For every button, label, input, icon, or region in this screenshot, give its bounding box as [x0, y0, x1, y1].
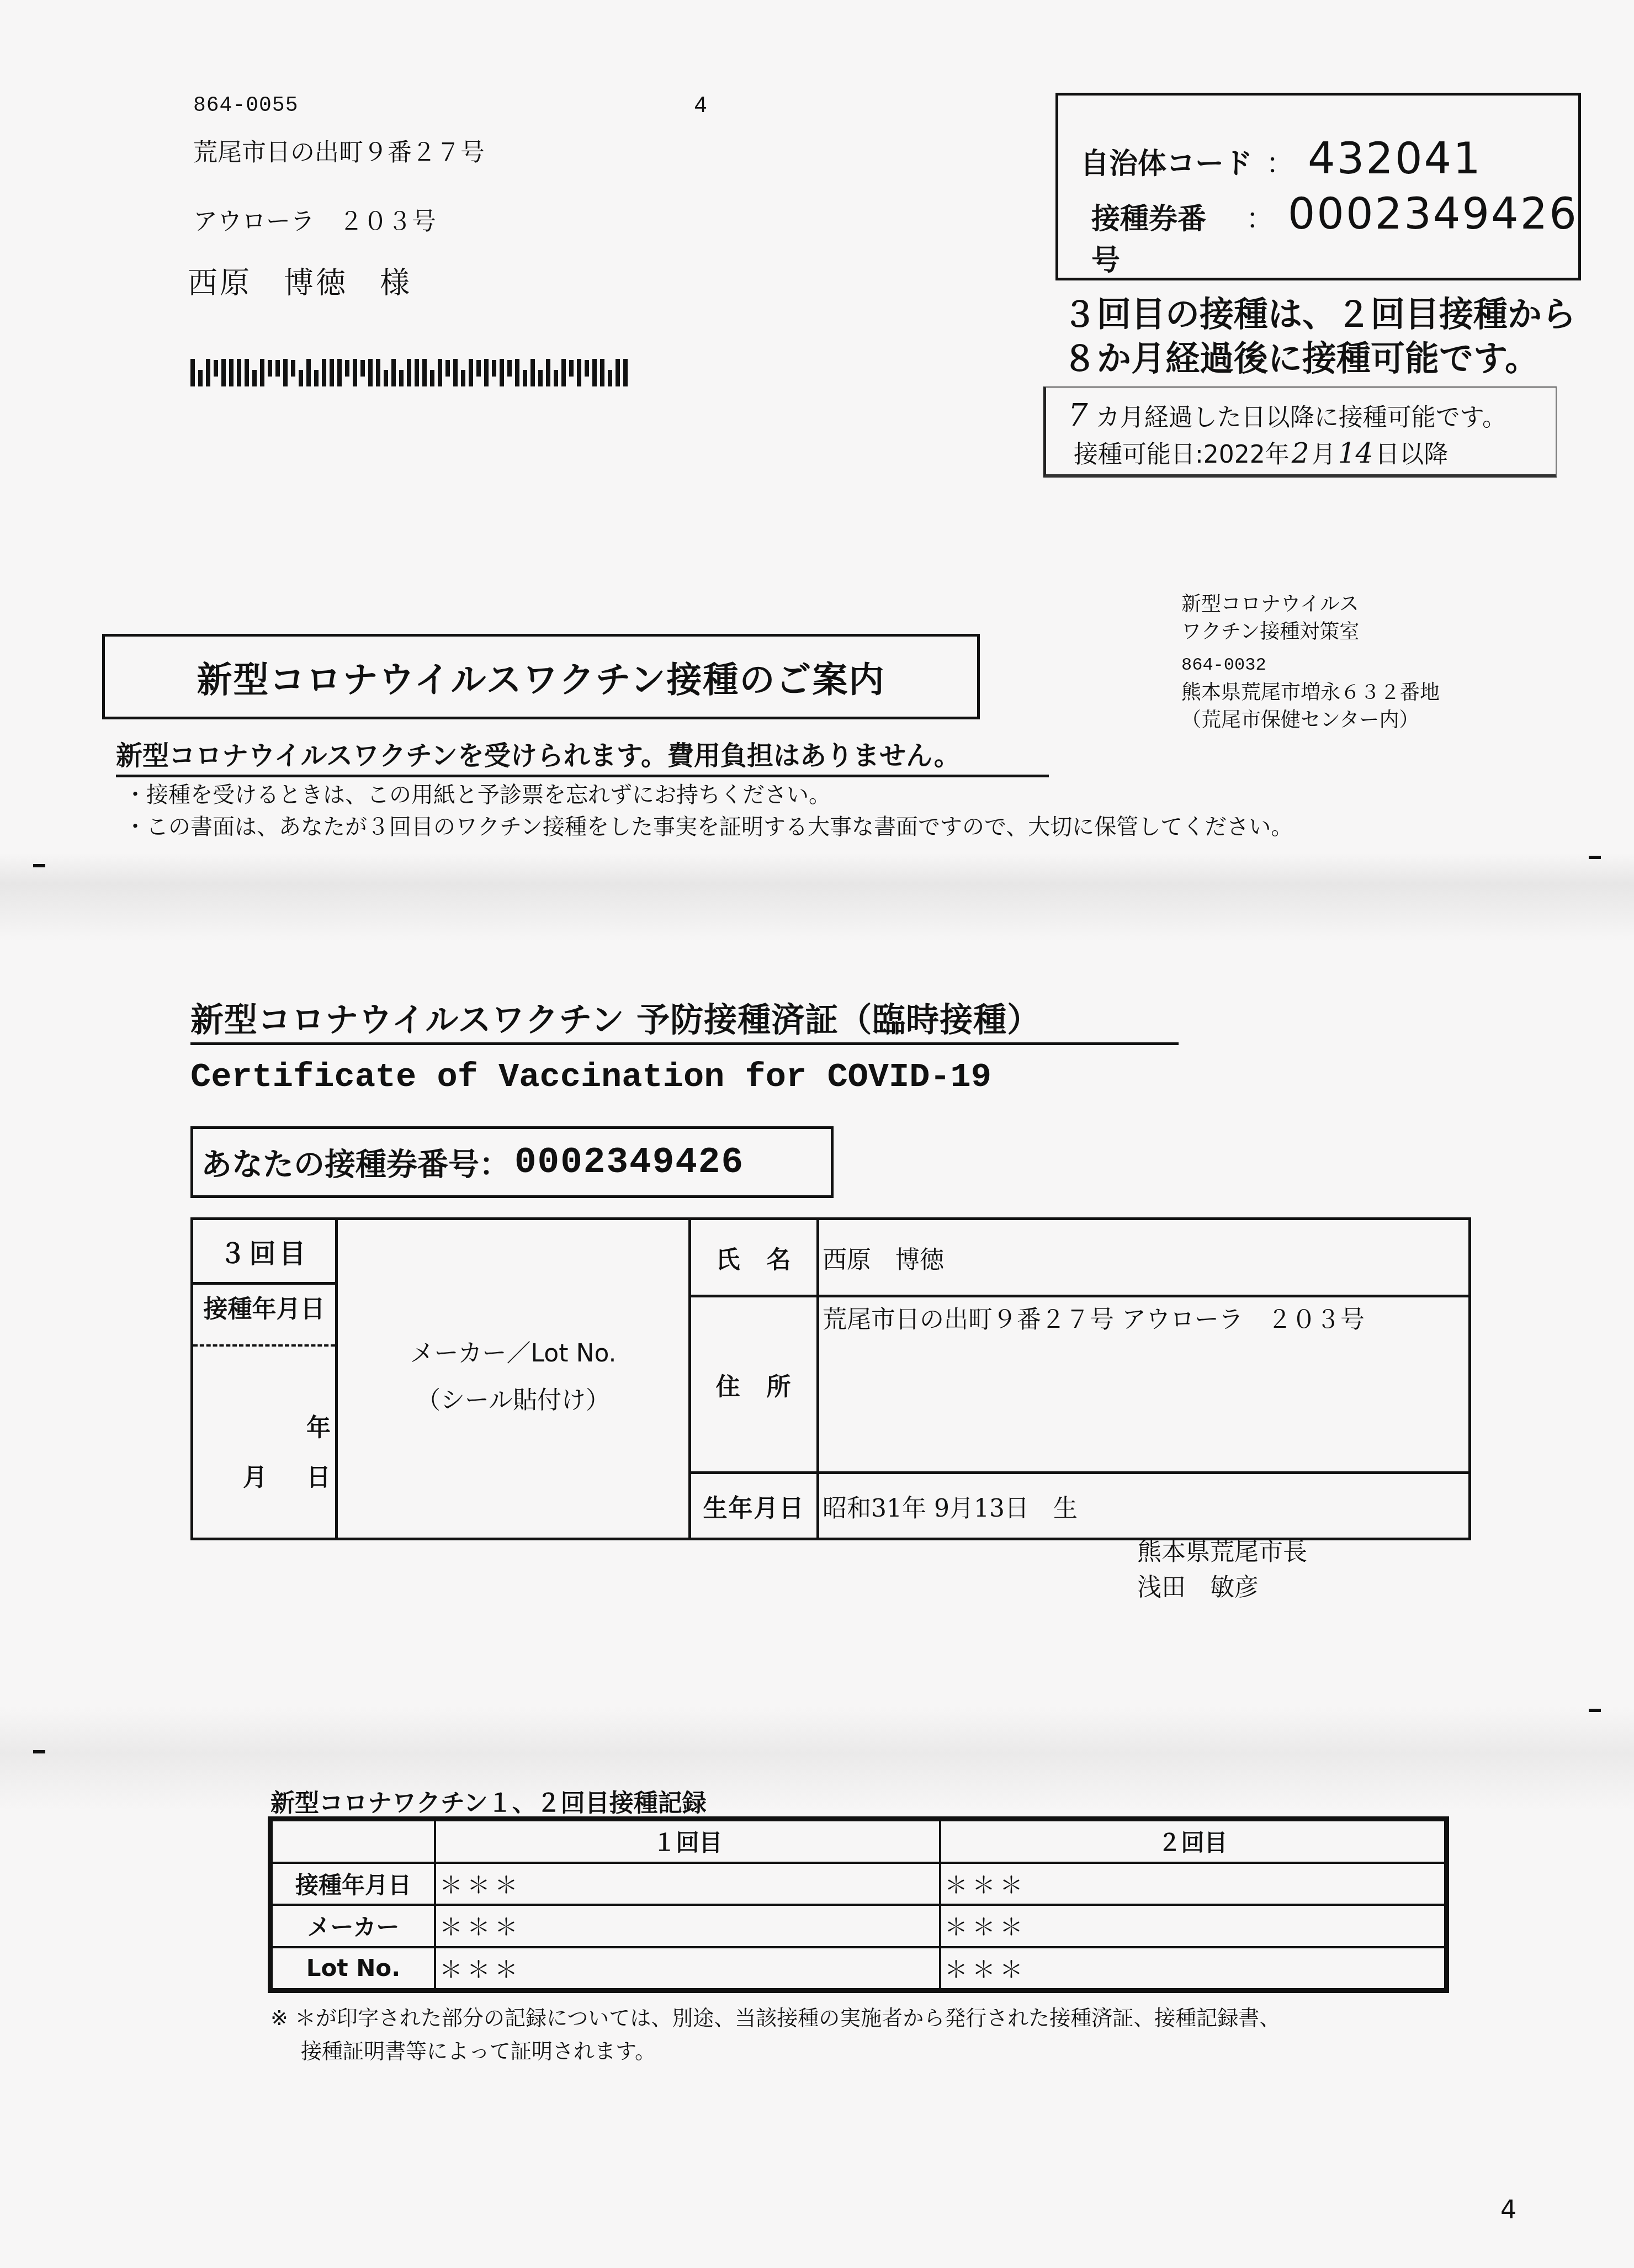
name-label: 氏 名	[691, 1220, 816, 1297]
dashed-divider	[193, 1344, 335, 1347]
notice-line: ３回目の接種は、２回目接種から	[1063, 293, 1576, 337]
address-label: 住 所	[691, 1297, 816, 1474]
guide-bullet: ・接種を受けるときは、この用紙と予診票を忘れずにお持ちください。	[124, 777, 831, 809]
sender-postal-code: 864-0032	[1181, 651, 1440, 679]
fold-mark	[33, 864, 45, 867]
name-value: 西原 博徳	[819, 1220, 1468, 1297]
municipality-code-box: 自治体コード ： 432041 接種券番号 ： 0002349426	[1055, 93, 1581, 280]
municipality-code-label: 自治体コード	[1080, 140, 1253, 182]
dose-record-table: １回目 ２回目 接種年月日 ＊＊＊ ＊＊＊ メーカー ＊＊＊ ＊＊＊ Lot N…	[268, 1816, 1449, 1993]
fold-mark	[33, 1750, 45, 1753]
separator: ：	[1246, 195, 1275, 237]
day-field: 日	[306, 1458, 331, 1493]
handwritten-day: 14	[1338, 437, 1373, 469]
separator: ：	[1266, 140, 1295, 182]
column-header: １回目	[435, 1820, 940, 1863]
footnote-line: 接種証明書等によって証明されます。	[270, 2034, 1280, 2068]
dose1-value: ＊＊＊	[435, 1863, 940, 1905]
certificate-table: ３回目 接種年月日 年 月 日 メーカー／Lot No. （シール貼付け） 氏 …	[190, 1217, 1471, 1540]
paper-fold-shadow	[0, 1706, 1634, 1811]
recipient-name: 西原 博徳 様	[188, 259, 412, 302]
dose1-value: ＊＊＊	[435, 1947, 940, 1990]
notice-line: ８か月経過後に接種可能です。	[1063, 337, 1576, 381]
date-suffix: 日以降	[1375, 441, 1448, 469]
ticket-number-value: 0002349426	[1288, 189, 1578, 239]
sender-dept: ワクチン接種対策室	[1181, 618, 1440, 646]
personal-values-column: 西原 博徳 荒尾市日の出町９番２７号 アウローラ ２０３号 昭和31年 9月13…	[819, 1220, 1468, 1538]
free-of-charge-notice: 新型コロナウイルスワクチンを受けられます。費用負担はありません。	[116, 734, 1049, 777]
paper-fold-shadow	[0, 853, 1634, 941]
dose-record-title: 新型コロナワクチン１、２回目接種記録	[270, 1783, 707, 1819]
sender-location: （荒尾市保健センター内）	[1181, 707, 1440, 734]
dose1-value: ＊＊＊	[435, 1905, 940, 1947]
booster-timing-notice: ３回目の接種は、２回目接種から ８か月経過後に接種可能です。	[1063, 293, 1576, 381]
dob-value: 昭和31年 9月13日 生	[819, 1474, 1468, 1538]
dob-label: 生年月日	[691, 1474, 816, 1538]
address-value: 荒尾市日の出町９番２７号 アウローラ ２０３号	[819, 1297, 1468, 1474]
recipient-postal-code: 864-0055	[193, 94, 298, 118]
handwritten-months: 7	[1068, 398, 1088, 433]
issuer-name: 浅田 敏彦	[1137, 1570, 1307, 1605]
table-row: 接種年月日 ＊＊＊ ＊＊＊	[272, 1863, 1445, 1905]
page-number: 4	[1500, 2195, 1516, 2224]
ticket-number-box: あなたの接種券番号： 0002349426	[190, 1126, 834, 1198]
dose2-value: ＊＊＊	[940, 1947, 1445, 1990]
table-header-row: １回目 ２回目	[272, 1820, 1445, 1863]
recipient-building: アウローラ ２０３号	[193, 202, 436, 237]
guide-bullet: ・この書面は、あなたが３回目のワクチン接種をした事実を証明する大事な書面ですので…	[124, 809, 1293, 841]
year-field: 年	[306, 1408, 331, 1443]
maker-lot-label: メーカー／Lot No.	[338, 1333, 688, 1369]
certificate-title-en: Certificate of Vaccination for COVID-19	[190, 1057, 991, 1096]
certificate-title: 新型コロナウイルスワクチン 予防接種済証（臨時接種）	[190, 994, 1179, 1045]
column-header: ２回目	[940, 1820, 1445, 1863]
row-label: Lot No.	[272, 1947, 435, 1990]
issuer: 熊本県荒尾市長 浅田 敏彦	[1137, 1535, 1307, 1605]
sender-address: 熊本県荒尾市増永６３２番地	[1181, 679, 1440, 707]
municipality-code-value: 432041	[1308, 134, 1482, 184]
sheet-mark: 4	[694, 93, 707, 118]
footnote-line: ※ ＊が印字された部分の記録については、別途、当該接種の実施者から発行された接種…	[270, 2001, 1280, 2034]
eligibility-date-box: 7カ月経過した日以降に接種可能です。 接種可能日:2022年2月14日以降	[1043, 386, 1557, 478]
fold-mark	[1589, 856, 1601, 859]
row-label: 接種年月日	[272, 1863, 435, 1905]
month-label: 月	[1312, 441, 1336, 469]
dose-label: ３回目	[193, 1220, 335, 1285]
dose2-value: ＊＊＊	[940, 1863, 1445, 1905]
issuer-title: 熊本県荒尾市長	[1137, 1535, 1307, 1570]
ticket-number-label: 接種券番号	[1091, 195, 1218, 278]
recipient-address: 荒尾市日の出町９番２７号	[193, 133, 485, 168]
ticket-number-label: あなたの接種券番号：	[201, 1140, 510, 1184]
months-suffix: カ月経過した日以降に接種可能です。	[1096, 404, 1506, 432]
fold-mark	[1589, 1709, 1601, 1712]
row-label: メーカー	[272, 1905, 435, 1947]
date-label: 接種年月日	[193, 1289, 335, 1324]
month-field: 月	[243, 1458, 267, 1493]
customer-barcode-icon	[190, 353, 693, 386]
dose-date-column: ３回目 接種年月日 年 月 日	[193, 1220, 338, 1538]
sticker-label: （シール貼付け）	[338, 1380, 688, 1416]
sender-block: 新型コロナウイルス ワクチン接種対策室 864-0032 熊本県荒尾市増永６３２…	[1181, 591, 1440, 734]
sticker-area: メーカー／Lot No. （シール貼付け）	[338, 1220, 691, 1538]
dose2-value: ＊＊＊	[940, 1905, 1445, 1947]
guide-title: 新型コロナウイルスワクチン接種のご案内	[102, 634, 980, 719]
table-row: Lot No. ＊＊＊ ＊＊＊	[272, 1947, 1445, 1990]
dose-record-footnote: ※ ＊が印字された部分の記録については、別途、当該接種の実施者から発行された接種…	[270, 2001, 1280, 2068]
handwritten-month: 2	[1292, 437, 1309, 469]
date-prefix: 接種可能日:2022年	[1074, 441, 1290, 469]
sender-dept: 新型コロナウイルス	[1181, 591, 1440, 618]
ticket-number-value: 0002349426	[514, 1142, 744, 1183]
table-row: メーカー ＊＊＊ ＊＊＊	[272, 1905, 1445, 1947]
column-header	[272, 1820, 435, 1863]
personal-labels-column: 氏 名 住 所 生年月日	[691, 1220, 819, 1538]
